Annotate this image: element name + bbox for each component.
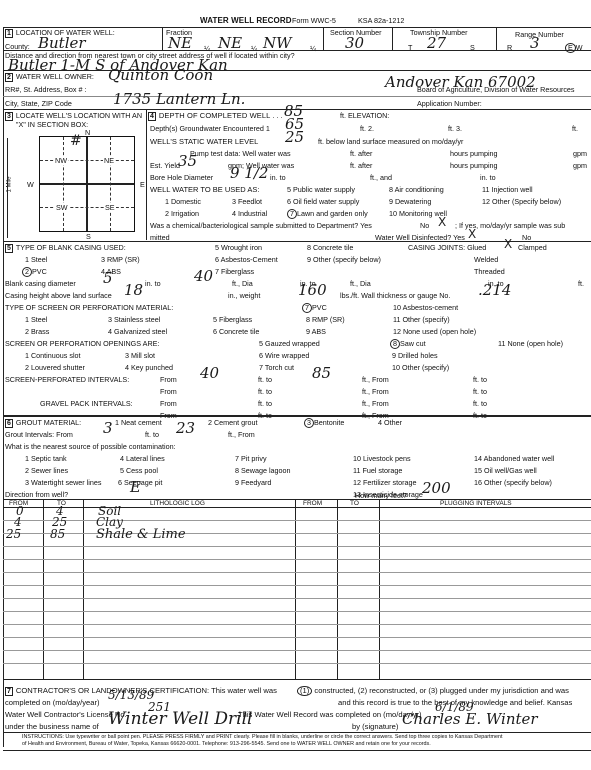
grout-option[interactable]: 1 Neat cement: [115, 418, 162, 427]
plug-header-to: TO: [350, 499, 359, 508]
record-completed-label: This Water Well Record was completed on …: [238, 710, 422, 719]
pump-test-label: Pump test data: Well water was: [190, 149, 291, 158]
weight-label: in., weight: [228, 291, 260, 300]
ft-unit: ft.: [572, 124, 578, 133]
plug-header-from: FROM: [303, 499, 322, 508]
bore-and: ft., and: [370, 173, 392, 182]
use-option[interactable]: 11 Injection well: [482, 185, 533, 194]
opening-option[interactable]: 2 Louvered shutter: [25, 363, 85, 372]
disinfected-yes-mark: X: [468, 227, 476, 241]
use-option[interactable]: 12 Other (Specify below): [482, 197, 561, 206]
county-value[interactable]: Butler: [38, 36, 86, 51]
screen-option[interactable]: 5 Fiberglass: [213, 315, 252, 324]
quadrant-nw: NW: [54, 156, 68, 165]
opening-option[interactable]: 7 Torch cut: [259, 363, 294, 372]
use-option-selected[interactable]: 77 Lawn and garden onlyLawn and garden o…: [287, 209, 368, 219]
sample-label: Was a chemical/bacteriological sample su…: [150, 221, 372, 230]
screen-option[interactable]: 10 Asbestos-cement: [393, 303, 458, 312]
business-name[interactable]: Winter Well Drill: [108, 712, 252, 727]
screen-option[interactable]: 2 Brass: [25, 327, 49, 336]
range-number[interactable]: 3: [530, 36, 540, 51]
casing-depth[interactable]: 40: [194, 269, 213, 284]
joints-welded[interactable]: Welded: [474, 255, 498, 264]
from-label: From: [160, 387, 177, 396]
casing-option[interactable]: 3 RMP (SR): [101, 255, 140, 264]
use-option[interactable]: 3 Feedlot: [232, 197, 262, 206]
perforated-to[interactable]: 85: [312, 366, 331, 381]
bore-in-to-2: in. to: [480, 173, 496, 182]
contamination-option[interactable]: 3 Watertight sewer lines: [25, 478, 101, 487]
contamination-label: What is the nearest source of possible c…: [5, 442, 176, 451]
contamination-option[interactable]: 1 Septic tank: [25, 454, 67, 463]
direction-value[interactable]: E: [130, 480, 141, 495]
hours-label: hours pumping: [450, 161, 498, 170]
section2-label: 2WATER WELL OWNER:: [5, 72, 94, 82]
feet-value[interactable]: 200: [422, 481, 451, 496]
dia-label: ft., Dia: [232, 279, 253, 288]
fraction-2[interactable]: NE: [218, 36, 242, 51]
instructions-line-1: INSTRUCTIONS: Use typewriter or ball poi…: [22, 734, 502, 741]
east-label: E: [140, 180, 145, 189]
depth-label: 4DEPTH OF COMPLETED WELL . . .: [148, 111, 282, 121]
owner-street[interactable]: 1735 Lantern Ln.: [113, 92, 245, 107]
screen-option[interactable]: 9 ABS: [306, 327, 326, 336]
openings-label: SCREEN OR PERFORATION OPENINGS ARE:: [5, 339, 159, 348]
log-from[interactable]: 25: [6, 527, 21, 541]
form-title: WATER WELL RECORD: [200, 16, 292, 25]
contamination-option[interactable]: 7 Pit privy: [235, 454, 267, 463]
wall-thickness[interactable]: .214: [478, 283, 511, 298]
static-level-value[interactable]: 25: [285, 130, 304, 145]
ft-to-label: ft. to: [258, 387, 272, 396]
bore-label: Bore Hole Diameter: [150, 173, 213, 182]
contamination-option[interactable]: 9 Feedyard: [235, 478, 271, 487]
statute: KSA 82a-1212: [358, 16, 404, 25]
contamination-option[interactable]: 4 Lateral lines: [120, 454, 165, 463]
screen-option[interactable]: 11 Other (specify): [393, 315, 450, 324]
contamination-option[interactable]: 8 Sewage lagoon: [235, 466, 291, 475]
location-mark: #: [70, 133, 82, 149]
opening-option[interactable]: 1 Continuous slot: [25, 351, 81, 360]
dia-label: ft., Dia: [350, 279, 371, 288]
contamination-option[interactable]: 16 Other (specify below): [474, 478, 552, 487]
from-label: From: [160, 375, 177, 384]
casing-height-label: Casing height above land surface: [5, 291, 112, 300]
opening-option[interactable]: 5 Gauzed wrapped: [259, 339, 320, 348]
ft-to-label: ft. to: [258, 375, 272, 384]
form-number: Form WWC-5: [292, 16, 336, 25]
gpm-label: gpm: [573, 161, 587, 170]
casing-diameter-label: Blank casing diameter: [5, 279, 76, 288]
opening-option[interactable]: 3 Mill slot: [125, 351, 155, 360]
yield-label: Est. Yield: [150, 161, 180, 170]
contamination-option[interactable]: 10 Livestock pens: [353, 454, 411, 463]
grout-from[interactable]: 3: [103, 421, 113, 436]
ft-from-label: ft., From: [362, 399, 389, 408]
ft-to-label: ft. to: [258, 399, 272, 408]
screen-option[interactable]: 6 Concrete tile: [213, 327, 259, 336]
casing-option[interactable]: 8 Concrete tile: [307, 243, 353, 252]
in-to-label: in. to: [145, 279, 161, 288]
ft-to-label: ft. to: [473, 375, 487, 384]
construction-type[interactable]: (1) constructed, (2) reconstructed, or (…: [297, 686, 569, 696]
screen-option-selected[interactable]: 7PVC7 PVC: [302, 303, 327, 313]
city-label: City, State, ZIP Code: [5, 99, 72, 108]
opening-option[interactable]: 11 None (open hole): [498, 339, 563, 348]
signature[interactable]: Charles E. Winter: [402, 712, 538, 727]
section5-label: 5TYPE OF BLANK CASING USED:: [5, 243, 126, 253]
contamination-option[interactable]: 15 Oil well/Gas well: [474, 466, 537, 475]
casing-height[interactable]: 18: [124, 283, 143, 298]
static-level-label: WELL'S STATIC WATER LEVEL: [150, 137, 258, 146]
opening-option[interactable]: 6 Wire wrapped: [259, 351, 309, 360]
casing-diameter[interactable]: 5: [103, 271, 113, 286]
contamination-option[interactable]: 14 Abandoned water well: [474, 454, 554, 463]
fraction-1[interactable]: NE: [168, 36, 192, 51]
section6-label: 6GROUT MATERIAL:: [5, 418, 81, 428]
hours-label: hours pumping: [450, 149, 498, 158]
sample-no[interactable]: No: [420, 221, 429, 230]
use-option[interactable]: 6 Oil field water supply: [287, 197, 359, 206]
quadrant-se: SE: [104, 203, 116, 212]
casing-option[interactable]: 1 Steel: [25, 255, 47, 264]
joints-clamped[interactable]: Clamped: [518, 243, 547, 252]
log-to[interactable]: 85: [50, 527, 65, 541]
joints-threaded[interactable]: Threaded: [474, 267, 505, 276]
bore-in-to: in. to: [270, 173, 286, 182]
groundwater-3-label: ft. 3.: [448, 124, 462, 133]
groundwater-2-label: ft. 2.: [360, 124, 374, 133]
ft-from-label: ft., From: [228, 430, 255, 439]
quadrant-sw: SW: [55, 203, 69, 212]
casing-option-selected[interactable]: 2PVC2 PVC: [22, 267, 47, 277]
bore-value[interactable]: 9 1/2: [230, 166, 268, 181]
section3-label: 3LOCATE WELL'S LOCATION WITH AN "X" IN S…: [5, 111, 146, 129]
from-label: From: [160, 399, 177, 408]
board-label: Board of Agriculture, Division of Water …: [417, 85, 575, 94]
screen-option[interactable]: 8 RMP (SR): [306, 315, 345, 324]
section-number[interactable]: 30: [345, 36, 364, 51]
direction-label: Direction from well?: [5, 490, 68, 499]
owner-name[interactable]: Quinton Coon: [108, 68, 213, 83]
opening-option-selected[interactable]: 8Saw cut8 Saw cut: [390, 339, 426, 349]
opening-option[interactable]: 9 Drilled holes: [392, 351, 438, 360]
ft-from-label: ft., From: [362, 387, 389, 396]
signature-label: by (signature): [352, 722, 398, 731]
use-option[interactable]: 2 Irrigation: [165, 209, 199, 218]
contamination-option[interactable]: 11 Fuel storage: [353, 466, 402, 475]
section-box[interactable]: NW NE SW SE #: [39, 136, 135, 232]
grout-option-selected[interactable]: 3Bentonite3 Bentonite: [304, 418, 344, 428]
log-header-lithologic: LITHOLOGIC LOG: [150, 499, 205, 508]
instructions-line-2: of Health and Environment, Bureau of Wat…: [22, 741, 431, 748]
quadrant-ne: NE: [103, 156, 115, 165]
casing-option[interactable]: 9 Other (specify below): [307, 255, 381, 264]
wall-thickness-label: lbs./ft. Wall thickness or gauge No.: [340, 291, 450, 300]
casing-option[interactable]: 7 Fiberglass: [215, 267, 254, 276]
business-label: under the business name of: [5, 722, 99, 731]
ft-to-label: ft. to: [473, 387, 487, 396]
grout-option[interactable]: 2 Cement grout: [208, 418, 258, 427]
sample-no-mark: X: [438, 215, 446, 229]
grout-option[interactable]: 4 Other: [378, 418, 402, 427]
after-label: ft. after: [350, 149, 372, 158]
screen-option[interactable]: 12 None used (open hole): [393, 327, 476, 336]
grout-intervals-label: Grout Intervals: From: [5, 430, 73, 439]
screen-option[interactable]: 3 Stainless steel: [108, 315, 160, 324]
ft-to-label: ft. to: [145, 430, 159, 439]
groundwater-label: Depth(s) Groundwater Encountered 1: [150, 124, 270, 133]
contamination-option[interactable]: 5 Cess pool: [120, 466, 158, 475]
screen-material-label: TYPE OF SCREEN OR PERFORATION MATERIAL:: [5, 303, 173, 312]
quarter-symbol: ¼: [310, 44, 316, 53]
after-label: ft. after: [350, 161, 372, 170]
gpm-label: gpm: [573, 149, 587, 158]
ft-to-label: ft. to: [473, 399, 487, 408]
static-level-tail: ft. below land surface measured on mo/da…: [318, 137, 463, 146]
casing-weight[interactable]: 160: [298, 283, 327, 298]
use-label: WELL WATER TO BE USED AS:: [150, 185, 259, 194]
address-label: RR#, St. Address, Box # :: [5, 85, 87, 94]
gravel-pack-label: GRAVEL PACK INTERVALS:: [40, 399, 133, 408]
log-description[interactable]: Shale & Lime: [96, 527, 186, 542]
use-option[interactable]: 5 Public water supply: [287, 185, 355, 194]
opening-option[interactable]: 10 Other (specify): [392, 363, 449, 372]
casing-option[interactable]: 5 Wrought iron: [215, 243, 262, 252]
plug-header-intervals: PLUGGING INTERVALS: [440, 499, 512, 508]
ft-label: ft.: [578, 279, 584, 288]
joints-label: CASING JOINTS: Glued: [408, 243, 486, 252]
joints-glued-mark: X: [504, 237, 512, 251]
grout-to[interactable]: 23: [176, 421, 195, 436]
completed-label: completed on (mo/day/year): [5, 698, 100, 707]
screen-option[interactable]: 4 Galvanized steel: [108, 327, 167, 336]
screen-option[interactable]: 1 Steel: [25, 315, 47, 324]
use-option[interactable]: 9 Dewatering: [389, 197, 431, 206]
contamination-option[interactable]: 2 Sewer lines: [25, 466, 68, 475]
yield-value[interactable]: 35: [178, 154, 197, 169]
use-option[interactable]: 8 Air conditioning: [389, 185, 444, 194]
perforated-intervals-label: SCREEN-PERFORATED INTERVALS:: [5, 375, 129, 384]
range-direction[interactable]: EW: [565, 43, 583, 53]
perforated-from[interactable]: 40: [200, 366, 219, 381]
application-label: Application Number:: [417, 99, 482, 108]
opening-option[interactable]: 4 Key punched: [125, 363, 173, 372]
ft-from-label: ft., From: [362, 375, 389, 384]
use-option[interactable]: 4 Industrial: [232, 209, 267, 218]
elevation-label: ft. ELEVATION:: [340, 111, 389, 120]
fraction-3[interactable]: NW: [263, 36, 292, 51]
west-label: W: [27, 180, 34, 189]
township-number[interactable]: 27: [427, 36, 446, 51]
use-option[interactable]: 1 Domestic: [165, 197, 201, 206]
casing-option[interactable]: 6 Asbestos-Cement: [215, 255, 278, 264]
south-label: S: [86, 232, 91, 241]
contamination-option[interactable]: 12 Fertilizer storage: [353, 478, 417, 487]
